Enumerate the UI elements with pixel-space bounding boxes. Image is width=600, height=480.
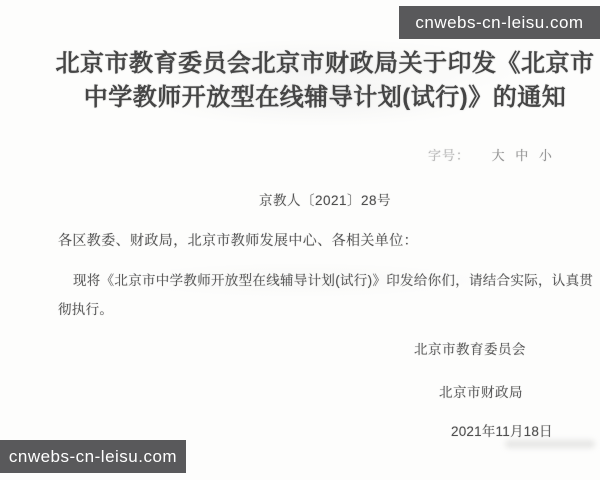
page-title-line-1: 北京市教育委员会北京市财政局关于印发《北京市 bbox=[50, 47, 600, 81]
body-line-1: 现将《北京市中学教师开放型在线辅导计划(试行)》印发给你们，请结合实际，认真贯 bbox=[58, 266, 568, 295]
page-title-line-2: 中学教师开放型在线辅导计划(试行)》的通知 bbox=[50, 81, 600, 115]
font-size-selector: 字号： 大 中 小 bbox=[428, 145, 559, 164]
salutation: 各区教委、财政局，北京市教师发展中心、各相关单位： bbox=[58, 230, 418, 250]
signature-org-finance-bureau: 北京市财政局 bbox=[439, 381, 523, 401]
watermark-bottom: cnwebs-cn-leisu.com bbox=[0, 440, 186, 473]
font-size-option-large[interactable]: 大 bbox=[492, 148, 505, 163]
document-page: cnwebs-cn-leisu.com 北京市教育委员会北京市财政局关于印发《北… bbox=[0, 0, 600, 480]
body-paragraph: 现将《北京市中学教师开放型在线辅导计划(试行)》印发给你们，请结合实际，认真贯 … bbox=[58, 266, 568, 324]
page-title: 北京市教育委员会北京市财政局关于印发《北京市 中学教师开放型在线辅导计划(试行)… bbox=[50, 47, 600, 115]
watermark-top: cnwebs-cn-leisu.com bbox=[399, 6, 600, 39]
font-size-label: 字号： bbox=[428, 148, 470, 163]
signature-org-education-commission: 北京市教育委员会 bbox=[414, 338, 526, 358]
font-size-option-medium[interactable]: 中 bbox=[515, 148, 528, 163]
body-line-2: 彻执行。 bbox=[58, 295, 568, 324]
signature-date: 2021年11月18日 bbox=[451, 420, 553, 440]
smudge-artifact bbox=[505, 440, 595, 448]
document-number: 京教人〔2021〕28号 bbox=[50, 189, 600, 209]
font-size-option-small[interactable]: 小 bbox=[539, 148, 552, 163]
